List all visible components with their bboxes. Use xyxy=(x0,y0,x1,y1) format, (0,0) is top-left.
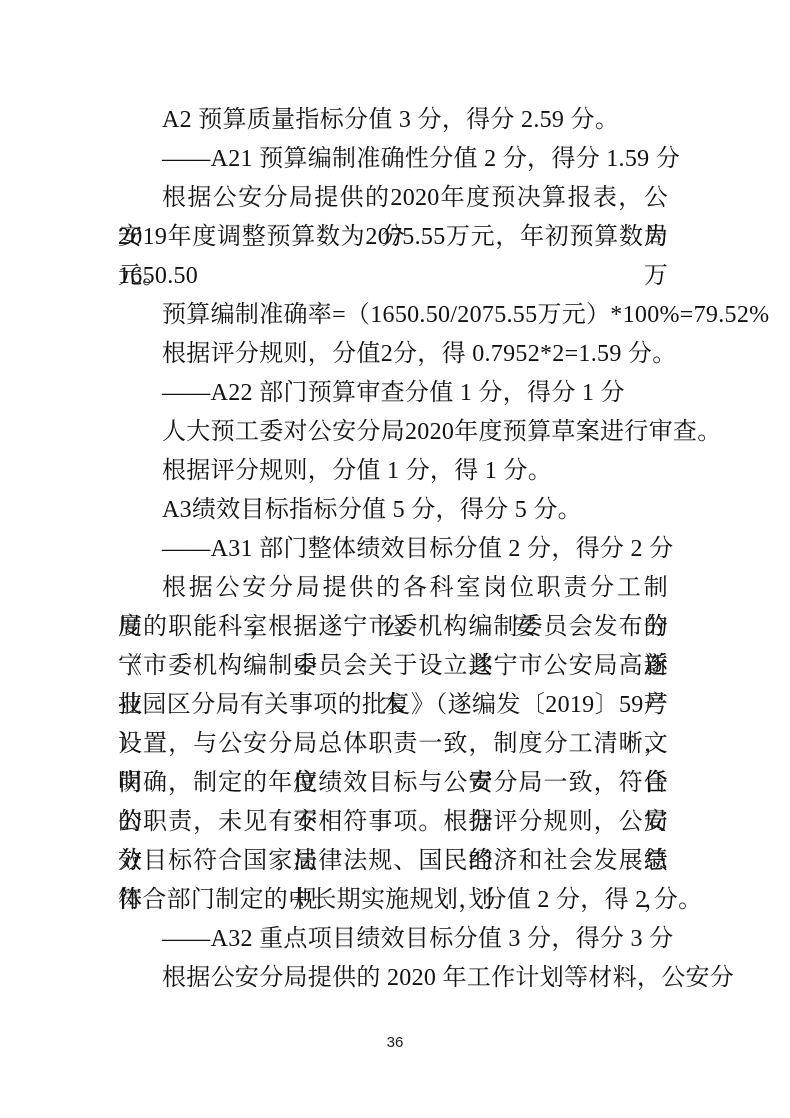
text-line: 明确，制定的年度绩效目标与公安分局一致，符合公安分局 xyxy=(118,764,668,803)
text-line: 根据公安分局提供的各科室岗位职责分工制度，公安分 xyxy=(118,569,668,608)
text-line: ——A21 预算编制准确性分值 2 分，得分 1.59 分 xyxy=(118,140,668,179)
text-line: 设置，与公安分局总体职责一致，制度分工清晰，岗位责任 xyxy=(118,725,668,764)
text-line: 根据评分规则，分值 1 分，得 1 分。 xyxy=(118,452,668,491)
text-line: 预算编制准确率=（1650.50/2075.55万元）*100%=79.52% xyxy=(118,296,668,335)
page-number: 36 xyxy=(0,1034,790,1051)
text-line: 的职责，未见有不相符事项。根据评分规则，公安分局的绩 xyxy=(118,803,668,842)
text-line: ——A32 重点项目绩效目标分值 3 分，得分 3 分 xyxy=(118,920,668,959)
text-line: 根据公安分局提供的2020年度预决算报表，公安分局 xyxy=(118,179,668,218)
text-line: 局的职能科室根据遂宁市委机构编制委员会发布的《中共遂 xyxy=(118,608,668,647)
text-line: 符合部门制定的中长期实施规划，分值 2 分，得 2 分。 xyxy=(118,881,668,920)
text-line: 业园区分局有关事项的批复》（遂编发〔2019〕59号 ）文 xyxy=(118,686,668,725)
text-line: ——A22 部门预算审查分值 1 分，得分 1 分 xyxy=(118,374,668,413)
text-line: 效目标符合国家法律法规、国民经济和社会发展总体规划， xyxy=(118,842,668,881)
text-line: 2019年度调整预算数为2075.55万元，年初预算数为1650.50万 xyxy=(118,218,668,257)
text-line: 人大预工委对公安分局2020年度预算草案进行审查。 xyxy=(118,413,668,452)
text-line: A3绩效目标指标分值 5 分，得分 5 分。 xyxy=(118,491,668,530)
document-page: A2 预算质量指标分值 3 分，得分 2.59 分。 ——A21 预算编制准确性… xyxy=(0,0,790,1118)
document-body: A2 预算质量指标分值 3 分，得分 2.59 分。 ——A21 预算编制准确性… xyxy=(118,101,668,998)
text-line: 宁市委机构编制委员会关于设立遂宁市公安局高新技术产 xyxy=(118,647,668,686)
text-line: 根据公安分局提供的 2020 年工作计划等材料，公安分 xyxy=(118,959,668,998)
text-line: ——A31 部门整体绩效目标分值 2 分，得分 2 分 xyxy=(118,530,668,569)
text-line: A2 预算质量指标分值 3 分，得分 2.59 分。 xyxy=(118,101,668,140)
text-line: 根据评分规则，分值2分，得 0.7952*2=1.59 分。 xyxy=(118,335,668,374)
